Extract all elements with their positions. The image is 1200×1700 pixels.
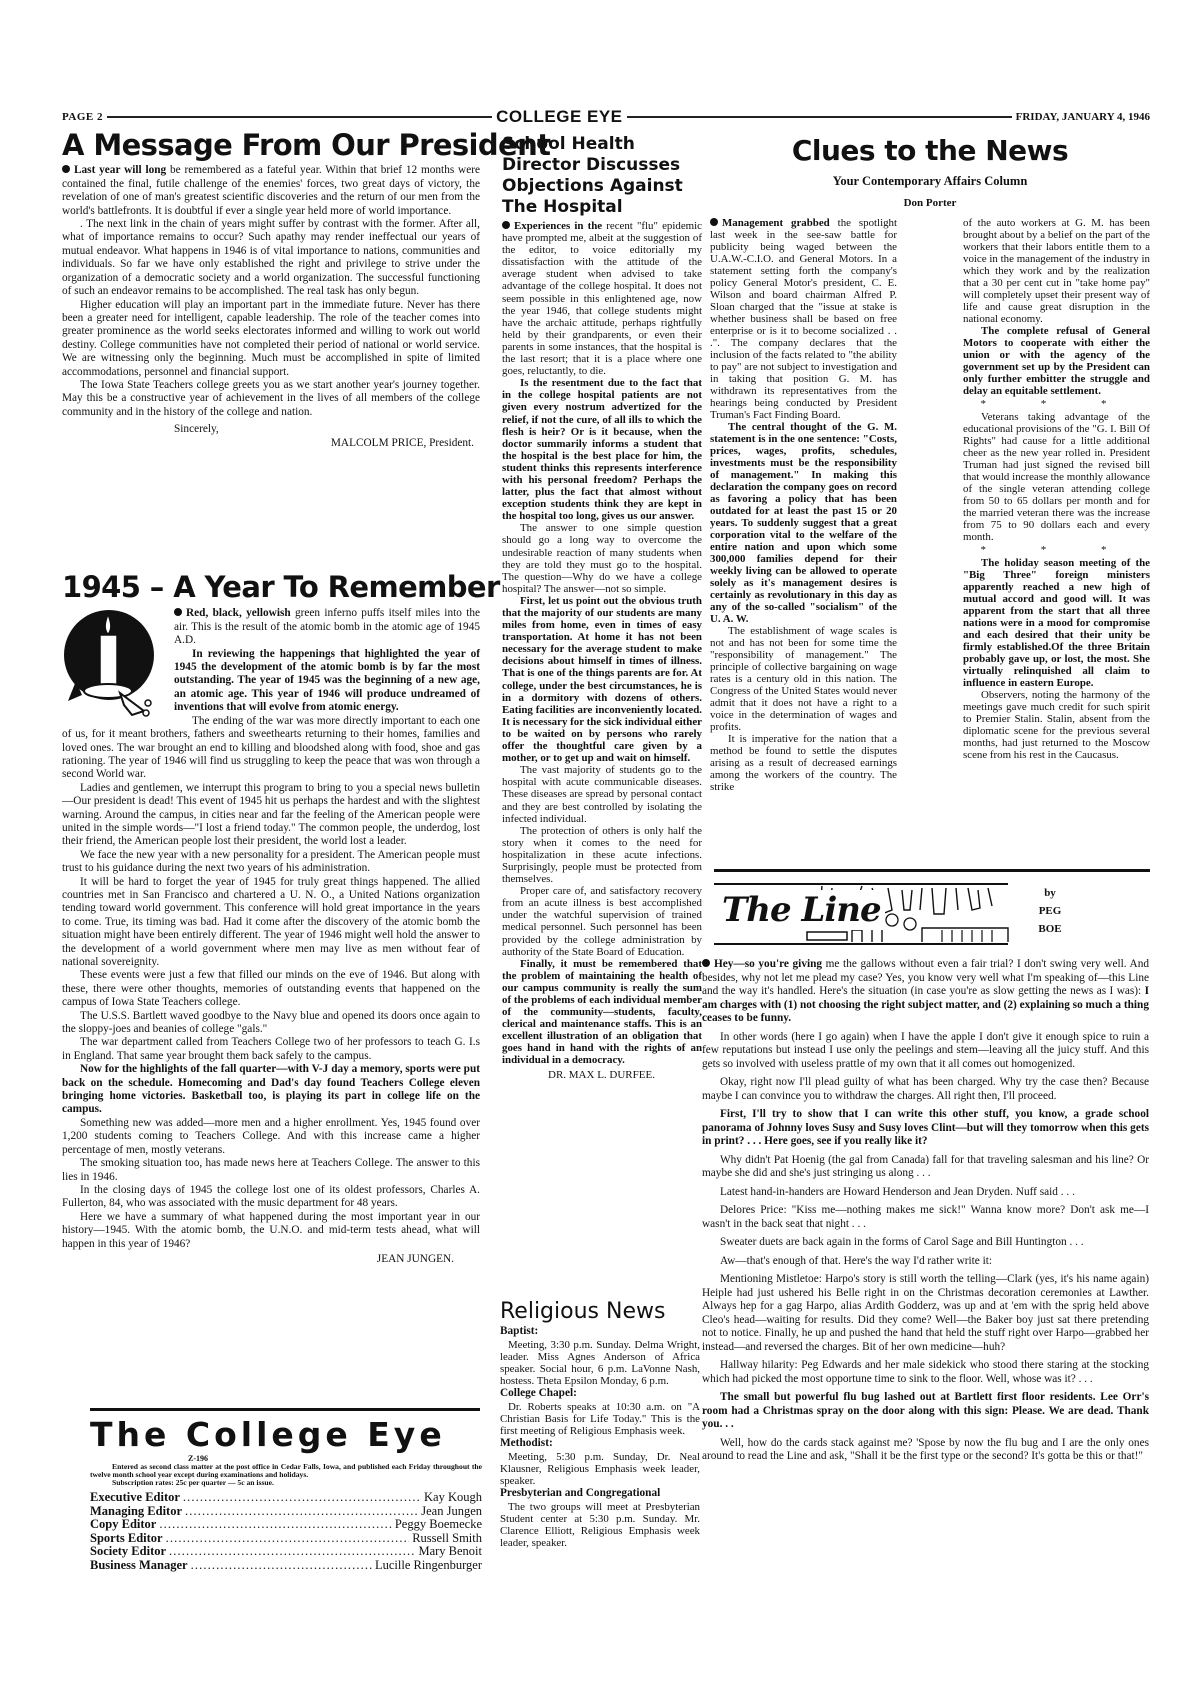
section-separator: * * * <box>963 544 1150 556</box>
paragraph: Proper care of, and satisfactory recover… <box>502 885 702 958</box>
signature: MALCOLM PRICE, President. <box>62 437 474 449</box>
staff-row: Sports EditorRussell Smith <box>90 1532 482 1546</box>
paragraph: The holiday season meeting of the "Big T… <box>963 557 1150 689</box>
paragraph: Why didn't Pat Hoenig (the gal from Cana… <box>702 1154 1149 1181</box>
section-divider <box>714 869 1150 872</box>
article-column-2: of the auto workers at G. M. has been br… <box>963 217 1150 793</box>
paragraph: Latest hand-in-handers are Howard Hender… <box>702 1186 1149 1200</box>
paragraph: Hey—so you're giving me the gallows with… <box>702 958 1149 1026</box>
masthead-rule <box>627 116 1012 118</box>
paragraph: The Iowa State Teachers college greets y… <box>62 379 480 419</box>
dot-leader <box>185 1505 418 1519</box>
article-headline: A Message From Our President <box>62 130 480 160</box>
entry-notice: Entered as second class matter at the po… <box>90 1463 482 1480</box>
paragraph: of the auto workers at G. M. has been br… <box>963 217 1150 325</box>
paragraph: Mentioning Mistletoe: Harpo's story is s… <box>702 1273 1149 1354</box>
paragraph: It is imperative for the nation that a m… <box>710 733 897 793</box>
church-announcement: The two groups will meet at Presbyterian… <box>500 1501 700 1550</box>
staff-row: Business ManagerLucille Ringenburger <box>90 1559 482 1573</box>
article-subhead: Your Contemporary Affairs Column <box>710 174 1150 189</box>
section-separator: * * * <box>963 398 1150 410</box>
paragraph: Now for the highlights of the fall quart… <box>62 1063 480 1117</box>
clues-to-the-news-article: Clues to the News Your Contemporary Affa… <box>710 136 1150 793</box>
article-headline: School Health Director Discusses Objecti… <box>502 134 702 218</box>
masthead: PAGE 2 COLLEGE EYE FRIDAY, JANUARY 4, 19… <box>62 108 1150 126</box>
issue-date: FRIDAY, JANUARY 4, 1946 <box>1016 111 1150 123</box>
paragraph: The vast majority of students go to the … <box>502 764 702 824</box>
church-name: Presbyterian and Congregational <box>500 1487 700 1500</box>
paragraph: Veterans taking advantage of the educati… <box>963 411 1150 543</box>
dot-leader <box>166 1532 410 1546</box>
article-column-1: Management grabbed the spotlight last we… <box>710 217 897 793</box>
article-byline: Don Porter <box>710 197 1150 209</box>
staff-row: Managing EditorJean Jungen <box>90 1505 482 1519</box>
dot-leader <box>191 1559 372 1573</box>
dot-leader <box>159 1518 392 1532</box>
paragraph: Delores Price: "Kiss me—nothing makes me… <box>702 1204 1149 1231</box>
religious-news-section: Religious News Baptist:Meeting, 3:30 p.m… <box>500 1300 700 1550</box>
staff-box: The College Eye Z-196 Entered as second … <box>90 1418 482 1573</box>
year-to-remember-article: 1945 – A Year To Remember Red, black, ye… <box>62 572 480 1265</box>
signature: JEAN JUNGEN. <box>62 1253 454 1265</box>
paragraph: The answer to one simple question should… <box>502 522 702 595</box>
president-message-article: A Message From Our President Last year w… <box>62 130 480 449</box>
section-headline: Religious News <box>500 1300 700 1323</box>
paragraph: It will be hard to forget the year of 19… <box>62 876 480 970</box>
church-announcement: Meeting, 3:30 p.m. Sunday. Delma Wright,… <box>500 1339 700 1388</box>
paragraph: Sweater duets are back again in the form… <box>702 1236 1149 1250</box>
paragraph: Here we have a summary of what happened … <box>62 1211 480 1251</box>
church-name: College Chapel: <box>500 1387 700 1400</box>
paragraph: The complete refusal of General Motors t… <box>963 325 1150 397</box>
paragraph: Hallway hilarity: Peg Edwards and her ma… <box>702 1359 1149 1386</box>
paragraph: . The next link in the chain of years mi… <box>62 218 480 298</box>
bullet-icon <box>502 221 510 229</box>
signature: DR. MAX L. DURFEE. <box>548 1069 702 1081</box>
paragraph: Well, how do the cards stack against me?… <box>702 1437 1149 1464</box>
paragraph: The war department called from Teachers … <box>62 1036 480 1063</box>
paragraph: First, let us point out the obvious trut… <box>502 595 702 764</box>
paragraph: In the closing days of 1945 the college … <box>62 1184 480 1211</box>
masthead-rule <box>107 116 492 118</box>
paragraph: The small but powerful flu bug lashed ou… <box>702 1391 1149 1432</box>
bullet-icon <box>62 165 70 173</box>
the-line-title: The Line <box>718 890 885 930</box>
health-director-article: School Health Director Discusses Objecti… <box>502 134 702 1081</box>
bullet-icon <box>174 608 182 616</box>
paragraph: Observers, noting the harmony of the mee… <box>963 689 1150 761</box>
paragraph: Last year will long be remembered as a f… <box>62 164 480 218</box>
bullet-icon <box>702 959 710 967</box>
staff-row: Executive EditorKay Kough <box>90 1491 482 1505</box>
article-headline: 1945 – A Year To Remember <box>62 572 480 602</box>
church-name: Methodist: <box>500 1437 700 1450</box>
candle-icon <box>62 607 162 719</box>
staff-box-title: The College Eye <box>90 1418 482 1453</box>
the-line-banner: The Line by PEG BOE <box>712 880 1152 952</box>
paragraph: Higher education will play an important … <box>62 299 480 379</box>
staff-row: Copy EditorPeggy Boemecke <box>90 1518 482 1532</box>
paragraph: The establishment of wage scales is not … <box>710 625 897 733</box>
closing: Sincerely, <box>174 423 480 435</box>
page-label: PAGE 2 <box>62 111 103 123</box>
church-name: Baptist: <box>500 1325 700 1338</box>
staff-list: Executive EditorKay KoughManaging Editor… <box>90 1491 482 1573</box>
paragraph: Experiences in the recent "flu" epidemic… <box>502 220 702 377</box>
paragraph: The U.S.S. Bartlett waved goodbye to the… <box>62 1010 480 1037</box>
paragraph: In other words (here I go again) when I … <box>702 1031 1149 1072</box>
paper-name: COLLEGE EYE <box>496 107 622 127</box>
paragraph: Management grabbed the spotlight last we… <box>710 217 897 421</box>
the-line-byline: by PEG BOE <box>1030 884 1070 938</box>
church-announcement: Meeting, 5:30 p.m. Sunday, Dr. Neal Klau… <box>500 1451 700 1488</box>
dot-leader <box>183 1491 421 1505</box>
paragraph: The protection of others is only half th… <box>502 825 702 885</box>
paragraph: We face the new year with a new personal… <box>62 849 480 876</box>
church-announcement: Dr. Roberts speaks at 10:30 a.m. on "A C… <box>500 1401 700 1438</box>
paragraph: The smoking situation too, has made news… <box>62 1157 480 1184</box>
paragraph: First, I'll try to show that I can write… <box>702 1108 1149 1149</box>
newspaper-page: PAGE 2 COLLEGE EYE FRIDAY, JANUARY 4, 19… <box>0 0 1200 1700</box>
staff-row: Society EditorMary Benoit <box>90 1545 482 1559</box>
paragraph: Finally, it must be remembered that the … <box>502 958 702 1067</box>
paragraph: Is the resentment due to the fact that i… <box>502 377 702 522</box>
paragraph: Something new was added—more men and a h… <box>62 1117 480 1157</box>
dot-leader <box>169 1545 415 1559</box>
paragraph: Ladies and gentlemen, we interrupt this … <box>62 782 480 849</box>
paragraph: Aw—that's enough of that. Here's the way… <box>702 1255 1149 1269</box>
paragraph: The ending of the war was more directly … <box>62 715 480 782</box>
paragraph: Okay, right now I'll plead guilty of wha… <box>702 1076 1149 1103</box>
subscription-rates: Subscription rates: 25c per quarter — 5c… <box>112 1479 482 1488</box>
article-body: Hey—so you're giving me the gallows with… <box>702 958 1149 1464</box>
article-headline: Clues to the News <box>710 136 1150 165</box>
article-body: Experiences in the recent "flu" epidemic… <box>502 220 702 1067</box>
paragraph: The central thought of the G. M. stateme… <box>710 421 897 625</box>
article-body: Last year will long be remembered as a f… <box>62 164 480 419</box>
candle-wreath-illustration <box>62 607 162 719</box>
the-line-article: Hey—so you're giving me the gallows with… <box>702 958 1149 1464</box>
religious-news-list: Baptist:Meeting, 3:30 p.m. Sunday. Delma… <box>500 1325 700 1549</box>
section-divider <box>90 1408 480 1411</box>
paragraph: These events were just a few that filled… <box>62 969 480 1009</box>
bullet-icon <box>710 218 718 226</box>
